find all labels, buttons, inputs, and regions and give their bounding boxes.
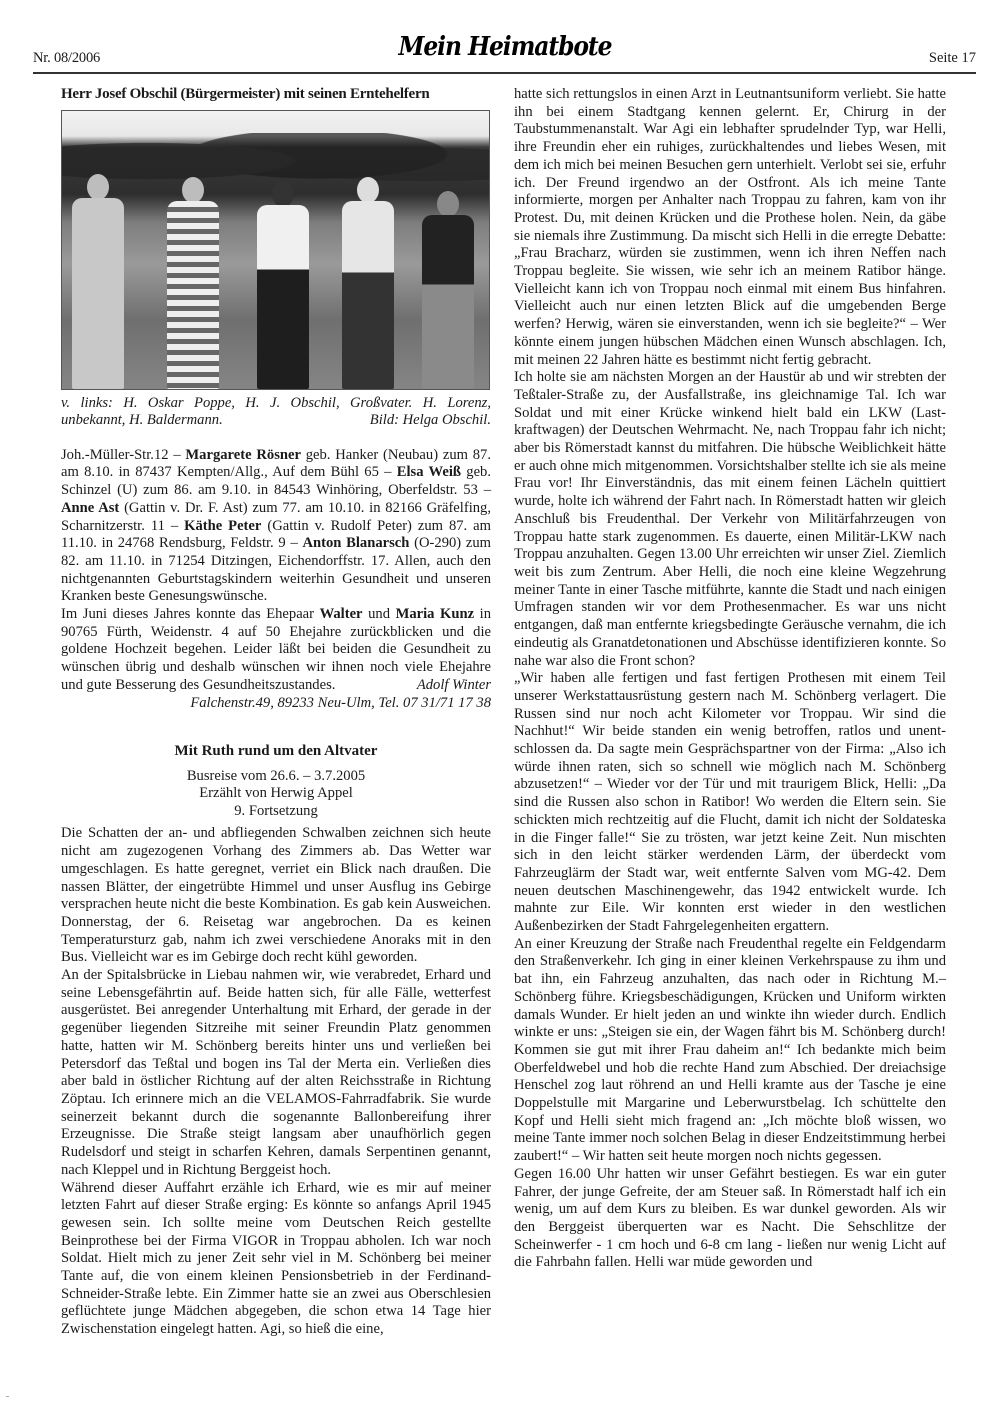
story-title: Mit Ruth rund um den Altvater: [61, 743, 491, 761]
photo-person-2: [167, 177, 219, 389]
story-paragraph: Während dieser Auffahrt erzähle ich Erha…: [61, 1180, 491, 1339]
photo-person-1: [72, 174, 124, 389]
story-subtitle-part: 9. Fortsetzung: [61, 803, 491, 821]
right-column: hatte sich rettungslos in einen Arzt in …: [514, 86, 946, 1272]
photo-caption: v. links: H. Oskar Poppe, H. J. Obschil,…: [61, 395, 491, 430]
photo-person-3: [257, 181, 309, 389]
left-column: Herr Josef Obschil (Bürgermeister) mit s…: [61, 86, 491, 1339]
name-walter: Walter: [320, 606, 363, 622]
name-elsa-weiss: Elsa Weiß: [397, 464, 461, 480]
story-paragraph: Die Schatten der an- und abfliegenden Sc…: [61, 825, 491, 967]
author-signature: Adolf Winter: [417, 677, 491, 695]
name-anne-ast: Anne Ast: [61, 500, 119, 516]
story-subtitle-author: Erzählt von Herwig Appel: [61, 785, 491, 803]
page-header: Nr. 08/2006 Mein Heimatbote Seite 17: [33, 38, 976, 74]
story-paragraph: hatte sich rettungslos in einen Arzt in …: [514, 86, 946, 369]
name-kaethe-peter: Käthe Peter: [184, 518, 261, 534]
story-paragraph: Gegen 16.00 Uhr hatten wir unser Gefährt…: [514, 1166, 946, 1272]
photo-person-4: [342, 177, 394, 389]
photo-headline: Herr Josef Obschil (Bürgermeister) mit s…: [61, 86, 491, 104]
story-paragraph: „Wir haben alle fertigen und fast fertig…: [514, 670, 946, 936]
story-paragraph: Ich holte sie am nächsten Morgen an der …: [514, 369, 946, 670]
name-maria-kunz: Maria Kunz: [396, 606, 475, 622]
name-anton-blanarsch: Anton Blanarsch: [302, 535, 409, 551]
author-address: Falchenstr.49, 89233 Neu-Ulm, Tel. 07 31…: [61, 695, 491, 713]
birthday-notices: Joh.-Müller-Str.12 – Margarete Rösner ge…: [61, 447, 491, 606]
name-margarete-roesner: Margarete Rösner: [185, 447, 301, 463]
anniversary-notice: Im Juni dieses Jahres konnte das Ehepaar…: [61, 606, 491, 695]
story-paragraph: An einer Kreuzung der Straße nach Freude…: [514, 936, 946, 1166]
photo-credit: Bild: Helga Obschil.: [370, 412, 491, 430]
issue-number: Nr. 08/2006: [33, 50, 100, 67]
story-paragraph: An der Spitalsbrücke in Liebau nahmen wi…: [61, 967, 491, 1179]
header-rule: [33, 72, 976, 74]
scan-speck: [6, 1396, 9, 1397]
masthead-logo: Mein Heimatbote: [398, 32, 611, 62]
harvest-photo: [61, 110, 490, 390]
photo-person-5: [422, 191, 474, 389]
story-subtitle-trip: Busreise vom 26.6. – 3.7.2005: [61, 768, 491, 786]
page-number: Seite 17: [929, 50, 976, 67]
